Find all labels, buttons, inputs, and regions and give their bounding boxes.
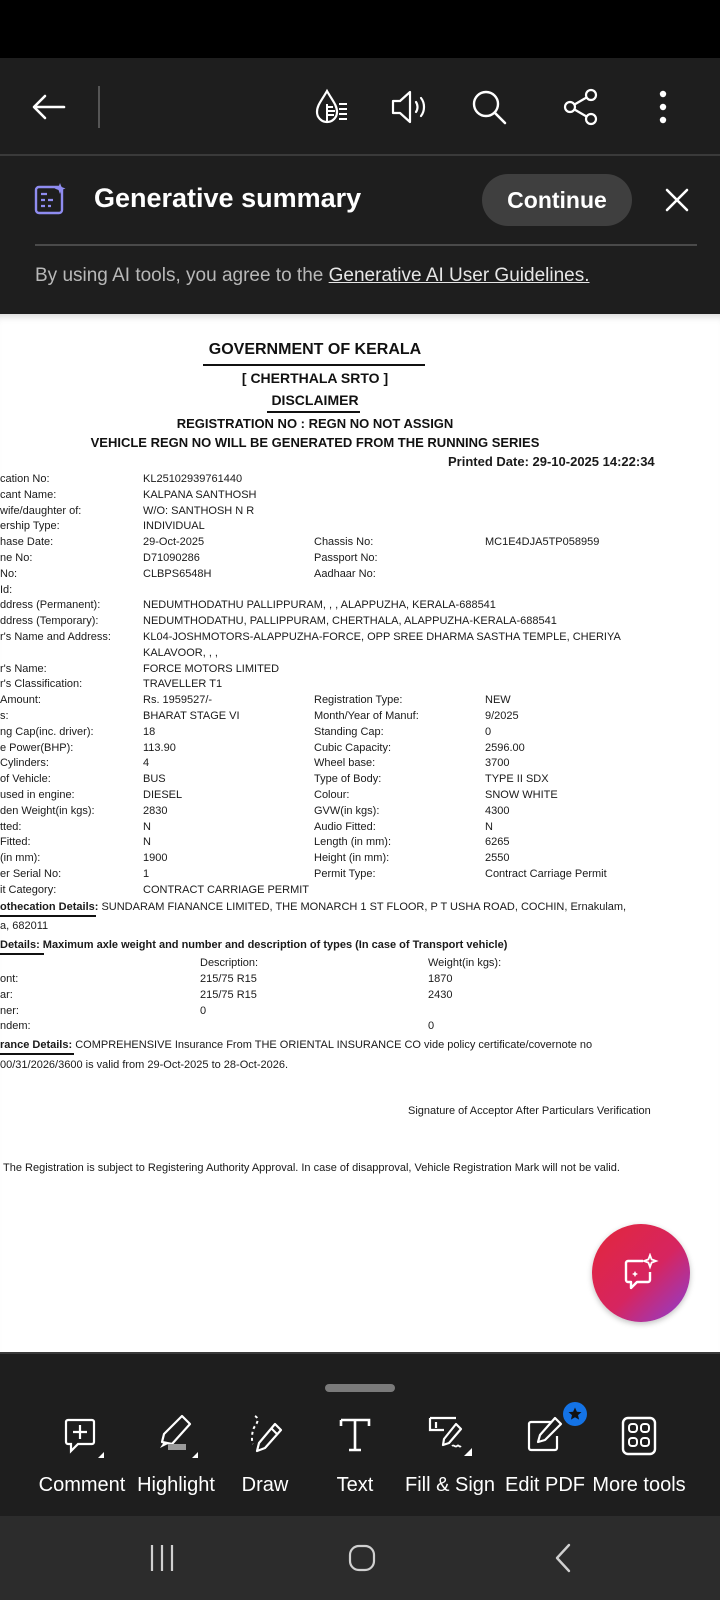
field-label: Aadhaar No: [314,567,376,581]
field-label: Wheel base: [314,756,375,770]
field-value: 3700 [485,756,509,770]
field-label: ership Type: [0,519,60,533]
field-label: Type of Body: [314,772,381,786]
field-label: den Weight(in kgs): [0,804,95,818]
field-label: Fitted: [0,835,31,849]
field-value: W/O: SANTHOSH N R [143,504,254,518]
field-value: 1 [143,867,149,881]
field-value: BHARAT STAGE VI [143,709,240,723]
field-label: Chassis No: [314,535,373,549]
ai-assistant-button[interactable] [592,1224,690,1322]
bottom-tools-bar: Comment Highlight Draw Text Fill & Sign … [0,1352,720,1516]
top-toolbar [0,58,720,156]
field-label: Length (in mm): [314,835,391,849]
status-bar [0,0,720,58]
insurance-details: rance Details: COMPREHENSIVE Insurance F… [0,1038,592,1052]
field-value: SNOW WHITE [485,788,558,802]
system-navigation-bar [0,1516,720,1600]
field-label: r's Name and Address: [0,630,111,644]
axle-underline [0,953,44,955]
tool-draw-label: Draw [215,1472,315,1498]
tool-edit-pdf[interactable]: Edit PDF [495,1412,595,1512]
field-label: No: [0,567,17,581]
field-label: it Category: [0,883,56,897]
field-label: Height (in mm): [314,851,389,865]
field-value: CONTRACT CARRIAGE PERMIT [143,883,309,897]
field-value: D71090286 [143,551,200,565]
recent-apps-icon[interactable] [132,1534,192,1582]
axle-label: ont: [0,972,18,986]
field-value: 0 [485,725,491,739]
footer-note: The Registration is subject to Registeri… [3,1161,620,1175]
hypothecation-label: othecation Details: [0,901,98,913]
field-label: e Power(BHP): [0,741,73,755]
gov-title-underline [203,364,425,366]
gov-title: GOVERNMENT OF KERALA [0,340,630,360]
close-icon[interactable] [655,178,699,222]
premium-star-icon [563,1402,587,1426]
insurance-underline [0,1053,74,1055]
pdf-document-page: GOVERNMENT OF KERALA [ CHERTHALA SRTO ] … [0,314,720,1352]
field-label: used in engine: [0,788,75,802]
tool-comment[interactable]: Comment [32,1412,132,1512]
field-label: Audio Fitted: [314,820,376,834]
field-value: KALAVOOR, , , [143,646,218,660]
tool-edit-pdf-label: Edit PDF [495,1472,595,1498]
field-value: NEW [485,693,511,707]
field-value: Rs. 1959527/- [143,693,212,707]
office-name: [ CHERTHALA SRTO ] [0,369,630,387]
ai-guidelines-link[interactable]: Generative AI User Guidelines. [329,265,590,286]
field-value: NEDUMTHODATHU, PALLIPPURAM, CHERTHALA, A… [143,614,557,628]
axle-weight: 1870 [428,972,452,986]
field-label: Passport No: [314,551,378,565]
field-value: 29-Oct-2025 [143,535,204,549]
axle-desc: 0 [200,1004,206,1018]
field-label: Id: [0,583,12,597]
highlighter-icon [152,1412,200,1460]
field-label: (in mm): [0,851,40,865]
field-label: r's Classification: [0,677,82,691]
draw-pencil-icon [241,1412,289,1460]
field-label: Month/Year of Manuf: [314,709,419,723]
field-value: Contract Carriage Permit [485,867,607,881]
field-value: 4 [143,756,149,770]
comment-add-icon [58,1412,106,1460]
tool-more-tools-label: More tools [589,1472,689,1498]
hypothecation-details: othecation Details: SUNDARAM FIANANCE LI… [0,900,626,914]
field-value: N [485,820,493,834]
text-icon [331,1412,379,1460]
field-label: Colour: [314,788,349,802]
field-label: ng Cap(inc. driver): [0,725,94,739]
field-label: ddress (Temporary): [0,614,98,628]
read-aloud-icon[interactable] [388,86,430,128]
field-label: tted: [0,820,21,834]
registration-no-line: REGISTRATION NO : REGN NO NOT ASSIGN [0,415,630,432]
field-label: cation No: [0,472,50,486]
drag-handle[interactable] [325,1384,395,1392]
field-value: TRAVELLER T1 [143,677,222,691]
axle-desc: 215/75 R15 [200,972,257,986]
ai-assistant-icon [621,1253,661,1293]
generative-summary-banner: Generative summary Continue By using AI … [0,156,720,314]
printed-date: Printed Date: 29-10-2025 14:22:34 [448,453,655,470]
ai-guidelines-prefix: By using AI tools, you agree to the [35,265,329,286]
back-nav-icon[interactable] [534,1534,594,1582]
generative-summary-title: Generative summary [94,178,361,218]
ai-guidelines-note: By using AI tools, you agree to the Gene… [35,256,590,296]
field-value: 2830 [143,804,167,818]
field-value: 113.90 [143,741,176,755]
field-label: ddress (Permanent): [0,598,100,612]
banner-divider [35,244,697,246]
hypothecation-cont: a, 682011 [0,919,48,933]
field-value: 2596.00 [485,741,525,755]
field-label: Cylinders: [0,756,49,770]
field-value: 1900 [143,851,167,865]
field-label: GVW(in kgs): [314,804,379,818]
axle-details-heading: Details: Maximum axle weight and number … [0,938,507,952]
disclaimer-underline [267,411,360,413]
field-label: s: [0,709,9,723]
field-label: Cubic Capacity: [314,741,391,755]
tool-draw[interactable]: Draw [215,1412,315,1512]
field-value: TYPE II SDX [485,772,549,786]
field-label: Amount: [0,693,41,707]
liquid-mode-icon[interactable] [310,86,352,128]
insurance-value: COMPREHENSIVE Insurance From THE ORIENTA… [72,1039,592,1051]
field-label: Standing Cap: [314,725,384,739]
field-value: DIESEL [143,788,182,802]
axle-label: ndem: [0,1019,31,1033]
field-value: MC1E4DJA5TP058959 [485,535,599,549]
axle-col-weight: Weight(in kgs): [428,956,501,970]
field-value: FORCE MOTORS LIMITED [143,662,279,676]
tool-text-label: Text [305,1472,405,1498]
field-value: NEDUMTHODATHU PALLIPPURAM, , , ALAPPUZHA… [143,598,496,612]
tool-more-tools[interactable]: More tools [589,1412,689,1512]
field-value: KL25102939761440 [143,472,242,486]
insurance-label: rance Details: [0,1039,72,1051]
field-value: BUS [143,772,166,786]
more-tools-grid-icon [615,1412,663,1460]
search-icon[interactable] [468,86,510,128]
field-label: er Serial No: [0,867,61,881]
axle-details-label: Details: [0,939,40,951]
field-value: 9/2025 [485,709,519,723]
fill-sign-icon [426,1412,474,1460]
back-arrow-icon[interactable] [28,86,70,128]
hypothecation-underline [0,915,96,917]
field-value: 4300 [485,804,509,818]
tool-fill-sign-label: Fill & Sign [400,1472,500,1498]
field-value: KL04-JOSHMOTORS-ALAPPUZHA-FORCE, OPP SRE… [143,630,621,644]
field-label: ne No: [0,551,32,565]
field-label: r's Name: [0,662,47,676]
field-value: 2550 [485,851,509,865]
axle-weight: 2430 [428,988,452,1002]
continue-button[interactable]: Continue [482,174,632,226]
axle-label: ner: [0,1004,19,1018]
field-label: Registration Type: [314,693,402,707]
axle-details-text: Maximum axle weight and number and descr… [40,939,508,951]
more-options-icon[interactable] [642,86,684,128]
signature-line: Signature of Acceptor After Particulars … [408,1104,651,1118]
field-value: INDIVIDUAL [143,519,205,533]
field-label: hase Date: [0,535,53,549]
hypothecation-value: SUNDARAM FIANANCE LIMITED, THE MONARCH 1… [98,901,626,913]
axle-weight: 0 [428,1019,434,1033]
series-line: VEHICLE REGN NO WILL BE GENERATED FROM T… [0,434,630,451]
generative-summary-icon [34,182,68,216]
tool-fill-sign[interactable]: Fill & Sign [400,1412,500,1512]
field-label: cant Name: [0,488,56,502]
tool-comment-label: Comment [32,1472,132,1498]
home-icon[interactable] [332,1534,392,1582]
tool-text[interactable]: Text [305,1412,405,1512]
field-value: 18 [143,725,155,739]
field-label: of Vehicle: [0,772,51,786]
axle-label: ar: [0,988,13,1002]
field-value: N [143,820,151,834]
field-label: wife/daughter of: [0,504,81,518]
field-value: N [143,835,151,849]
tool-highlight-label: Highlight [126,1472,226,1498]
share-icon[interactable] [560,86,602,128]
toolbar-divider [98,86,100,128]
tool-highlight[interactable]: Highlight [126,1412,226,1512]
axle-desc: 215/75 R15 [200,988,257,1002]
field-label: Permit Type: [314,867,376,881]
field-value: CLBPS6548H [143,567,212,581]
field-value: KALPANA SANTHOSH [143,488,257,502]
insurance-cont: 00/31/2026/3600 is valid from 29-Oct-202… [0,1058,288,1072]
field-value: 6265 [485,835,509,849]
axle-col-description: Description: [200,956,258,970]
disclaimer-heading: DISCLAIMER [0,391,630,409]
edit-pdf-icon [521,1412,569,1460]
